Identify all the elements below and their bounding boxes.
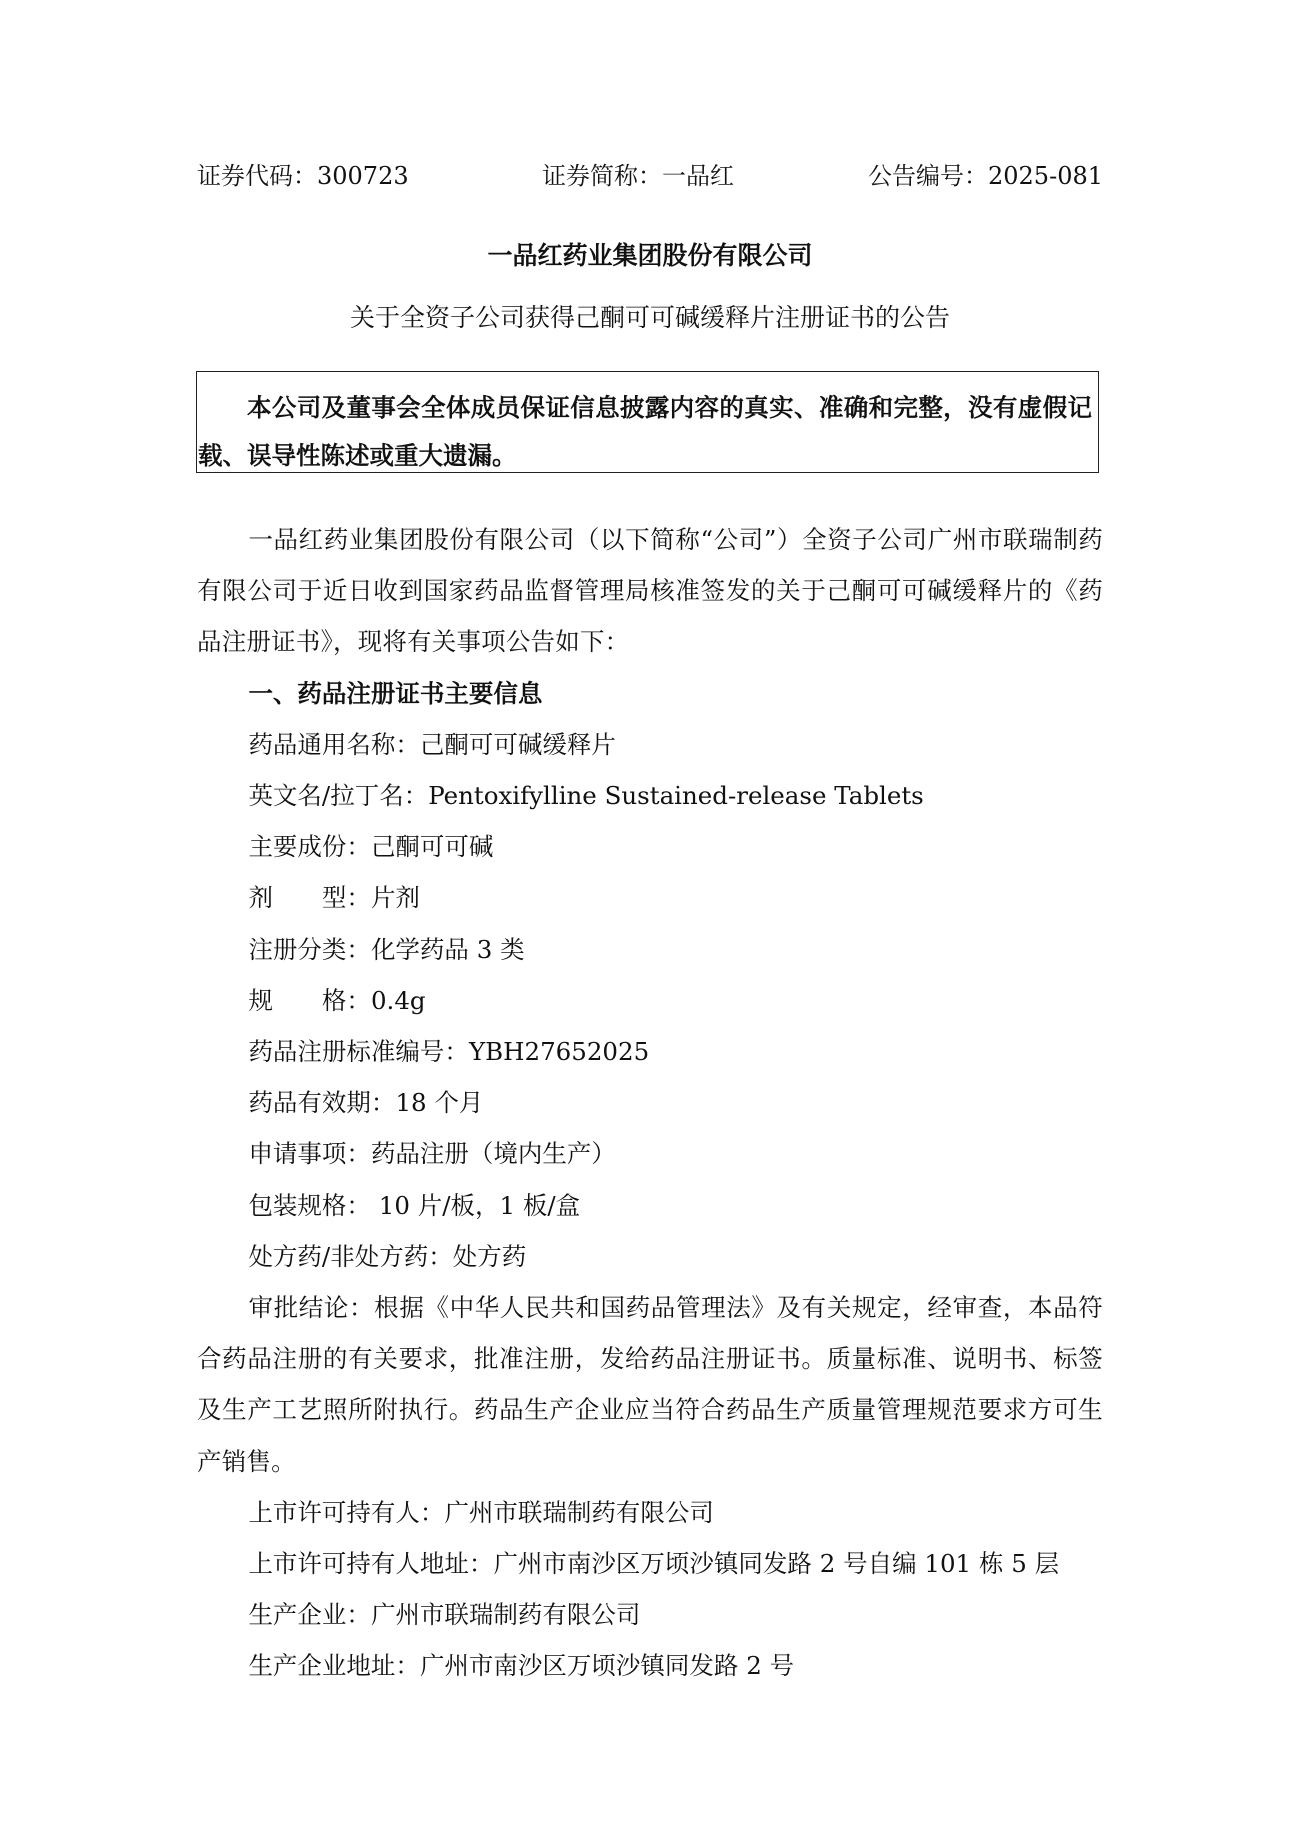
field-value: 处方药 xyxy=(453,1242,527,1271)
field-value: 药品注册（境内生产） xyxy=(371,1139,616,1168)
field-label: 英文名/拉丁名： xyxy=(248,781,428,810)
intro-paragraph: 一品红药业集团股份有限公司（以下简称“公司”）全资子公司广州市联瑞制药有限公司于… xyxy=(197,514,1103,668)
field-label: 注册分类： xyxy=(248,935,371,964)
announcement-number-label: 公告编号： xyxy=(868,162,988,190)
announcement-subject: 关于全资子公司获得己酮可可碱缓释片注册证书的公告 xyxy=(197,300,1103,336)
field-license-holder-address: 上市许可持有人地址：广州市南沙区万顷沙镇同发路 2 号自编 101 栋 5 层 xyxy=(197,1538,1103,1589)
field-label: 包装规格： xyxy=(248,1191,371,1220)
field-value: 广州市联瑞制药有限公司 xyxy=(371,1600,641,1629)
field-manufacturer: 生产企业：广州市联瑞制药有限公司 xyxy=(197,1589,1103,1640)
field-value: 0.4g xyxy=(371,986,426,1015)
field-value: 10 片/板，1 板/盒 xyxy=(371,1191,580,1220)
stock-code-value: 300723 xyxy=(317,162,409,190)
field-standard-number: 药品注册标准编号：YBH27652025 xyxy=(197,1026,1103,1077)
stock-code-label: 证券代码： xyxy=(197,162,317,190)
field-main-ingredient: 主要成份：己酮可可碱 xyxy=(197,821,1103,872)
field-label: 剂 型： xyxy=(248,883,371,912)
field-label: 药品通用名称： xyxy=(248,730,420,759)
field-value: 己酮可可碱缓释片 xyxy=(420,730,616,759)
announcement-body: 一品红药业集团股份有限公司（以下简称“公司”）全资子公司广州市联瑞制药有限公司于… xyxy=(197,514,1103,1692)
field-english-name: 英文名/拉丁名：Pentoxifylline Sustained-release… xyxy=(197,770,1103,821)
field-label: 处方药/非处方药： xyxy=(248,1242,452,1271)
stock-name-value: 一品红 xyxy=(662,162,734,190)
field-value: 广州市联瑞制药有限公司 xyxy=(444,1498,714,1527)
field-license-holder: 上市许可持有人：广州市联瑞制药有限公司 xyxy=(197,1487,1103,1538)
field-label: 规 格： xyxy=(248,986,371,1015)
field-registration-class: 注册分类：化学药品 3 类 xyxy=(197,924,1103,975)
field-value: 己酮可可碱 xyxy=(371,832,494,861)
field-manufacturer-address: 生产企业地址：广州市南沙区万顷沙镇同发路 2 号 xyxy=(197,1640,1103,1691)
field-value: 化学药品 3 类 xyxy=(371,935,525,964)
field-dosage-form: 剂 型：片剂 xyxy=(197,872,1103,923)
field-prescription-type: 处方药/非处方药：处方药 xyxy=(197,1231,1103,1282)
stock-name-label: 证券简称： xyxy=(542,162,662,190)
field-value: YBH27652025 xyxy=(469,1037,649,1066)
approval-conclusion-paragraph: 审批结论：根据《中华人民共和国药品管理法》及有关规定，经审查，本品符合药品注册的… xyxy=(197,1282,1103,1487)
document-page: 证券代码：300723 证券简称：一品红 公告编号：2025-081 一品红药业… xyxy=(0,0,1299,1838)
field-generic-name: 药品通用名称：己酮可可碱缓释片 xyxy=(197,719,1103,770)
field-packaging: 包装规格： 10 片/板，1 板/盒 xyxy=(197,1180,1103,1231)
field-application-item: 申请事项：药品注册（境内生产） xyxy=(197,1128,1103,1179)
field-label: 上市许可持有人： xyxy=(248,1498,444,1527)
section-heading: 一、药品注册证书主要信息 xyxy=(197,668,1103,719)
field-value: 广州市南沙区万顷沙镇同发路 2 号自编 101 栋 5 层 xyxy=(493,1549,1059,1578)
disclosure-notice-box: 本公司及董事会全体成员保证信息披露内容的真实、准确和完整，没有虚假记载、误导性陈… xyxy=(196,371,1099,473)
field-value: 18 个月 xyxy=(395,1088,483,1117)
stock-name: 证券简称：一品红 xyxy=(542,158,734,194)
field-value: 片剂 xyxy=(371,883,420,912)
disclosure-notice-text: 本公司及董事会全体成员保证信息披露内容的真实、准确和完整，没有虚假记载、误导性陈… xyxy=(198,384,1092,480)
announcement-header: 证券代码：300723 证券简称：一品红 公告编号：2025-081 xyxy=(197,158,1103,194)
field-label: 药品注册标准编号： xyxy=(248,1037,469,1066)
field-label: 药品有效期： xyxy=(248,1088,395,1117)
field-label: 生产企业地址： xyxy=(248,1651,420,1680)
field-label: 主要成份： xyxy=(248,832,371,861)
field-label: 上市许可持有人地址： xyxy=(248,1549,493,1578)
field-label: 申请事项： xyxy=(248,1139,371,1168)
stock-code: 证券代码：300723 xyxy=(197,158,409,194)
announcement-number: 公告编号：2025-081 xyxy=(868,158,1103,194)
company-title: 一品红药业集团股份有限公司 xyxy=(197,238,1103,274)
field-value: Pentoxifylline Sustained-release Tablets xyxy=(428,781,924,810)
announcement-number-value: 2025-081 xyxy=(988,162,1103,190)
field-specification: 规 格：0.4g xyxy=(197,975,1103,1026)
field-label: 生产企业： xyxy=(248,1600,371,1629)
field-value: 广州市南沙区万顷沙镇同发路 2 号 xyxy=(420,1651,794,1680)
field-shelf-life: 药品有效期：18 个月 xyxy=(197,1077,1103,1128)
